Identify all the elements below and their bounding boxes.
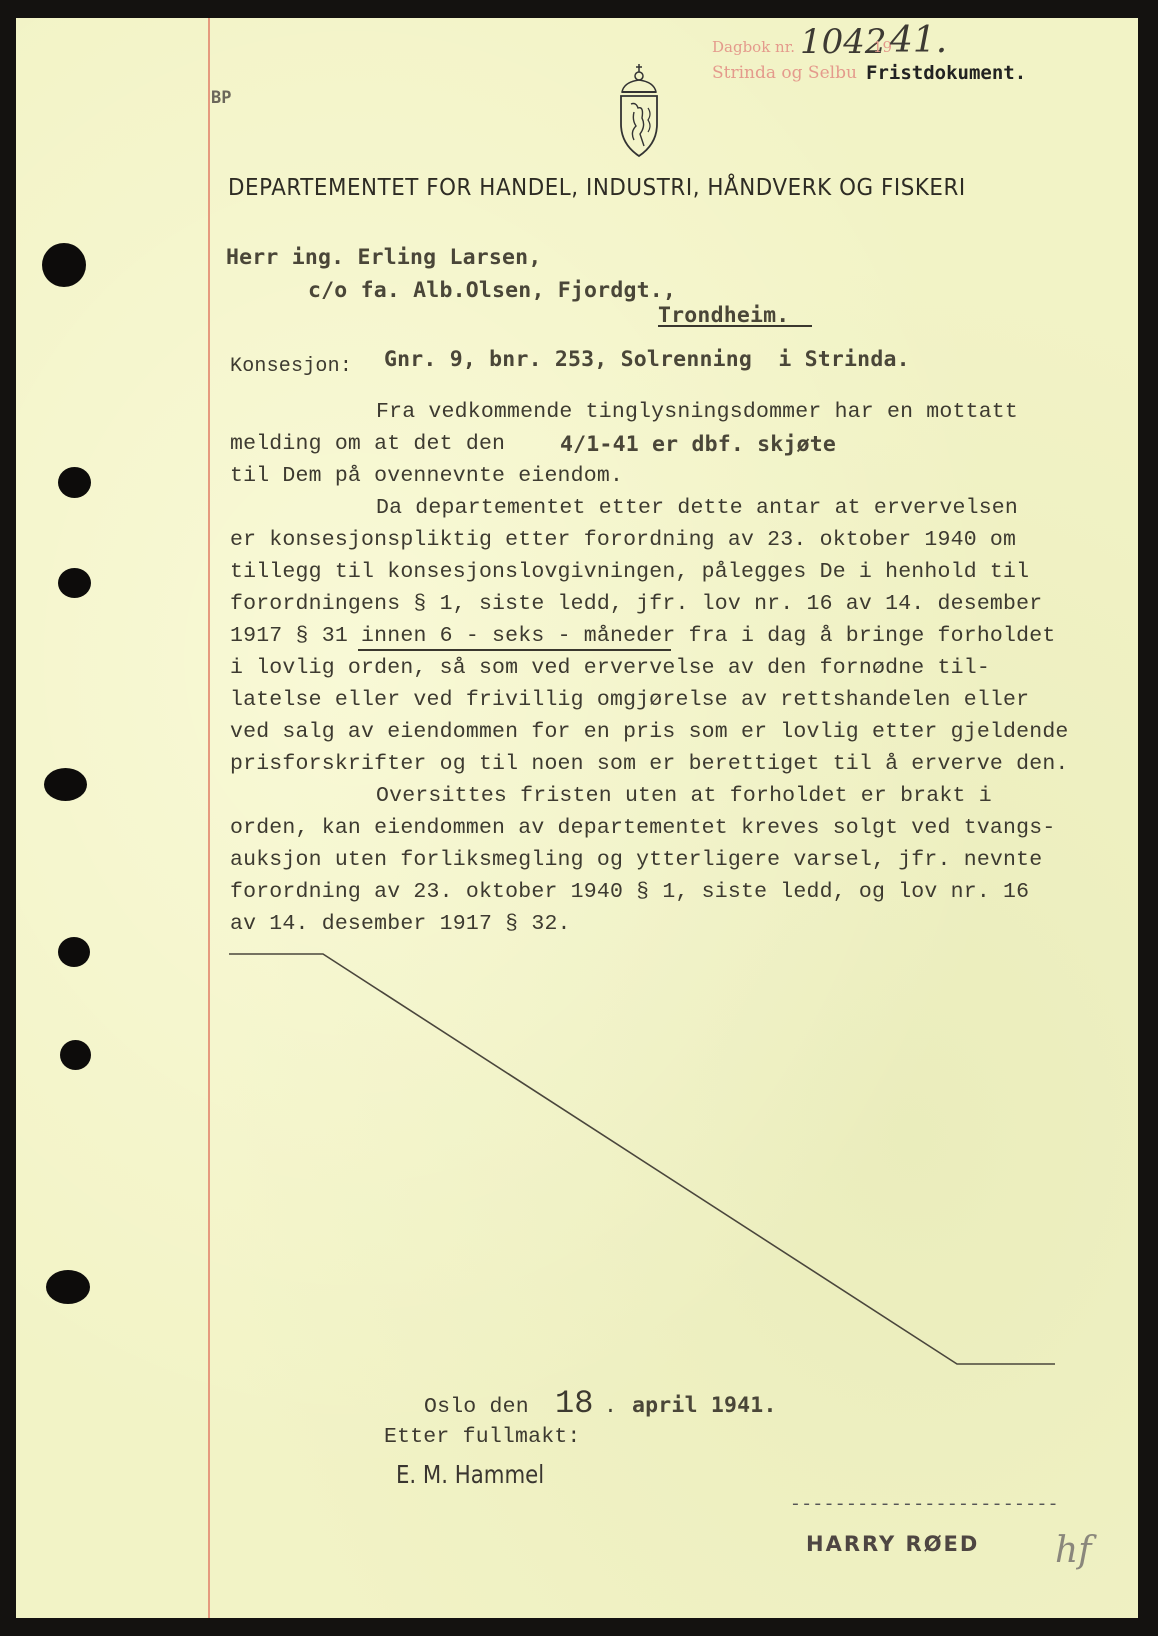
closing-date: april 1941. [632,1393,777,1418]
closing-place: Oslo den [424,1395,529,1419]
closing-day: 18 [555,1385,593,1422]
closing-authority: Etter fullmakt: [384,1425,581,1449]
signature-line: ------------------------ [790,1495,1059,1515]
closing-dot: . [604,1395,617,1419]
harry-roed-stamp: HARRY RØED [806,1532,979,1556]
signatory-stamp: E. M. Hammel [396,1460,544,1489]
handwritten-initials: hf [1055,1530,1092,1571]
